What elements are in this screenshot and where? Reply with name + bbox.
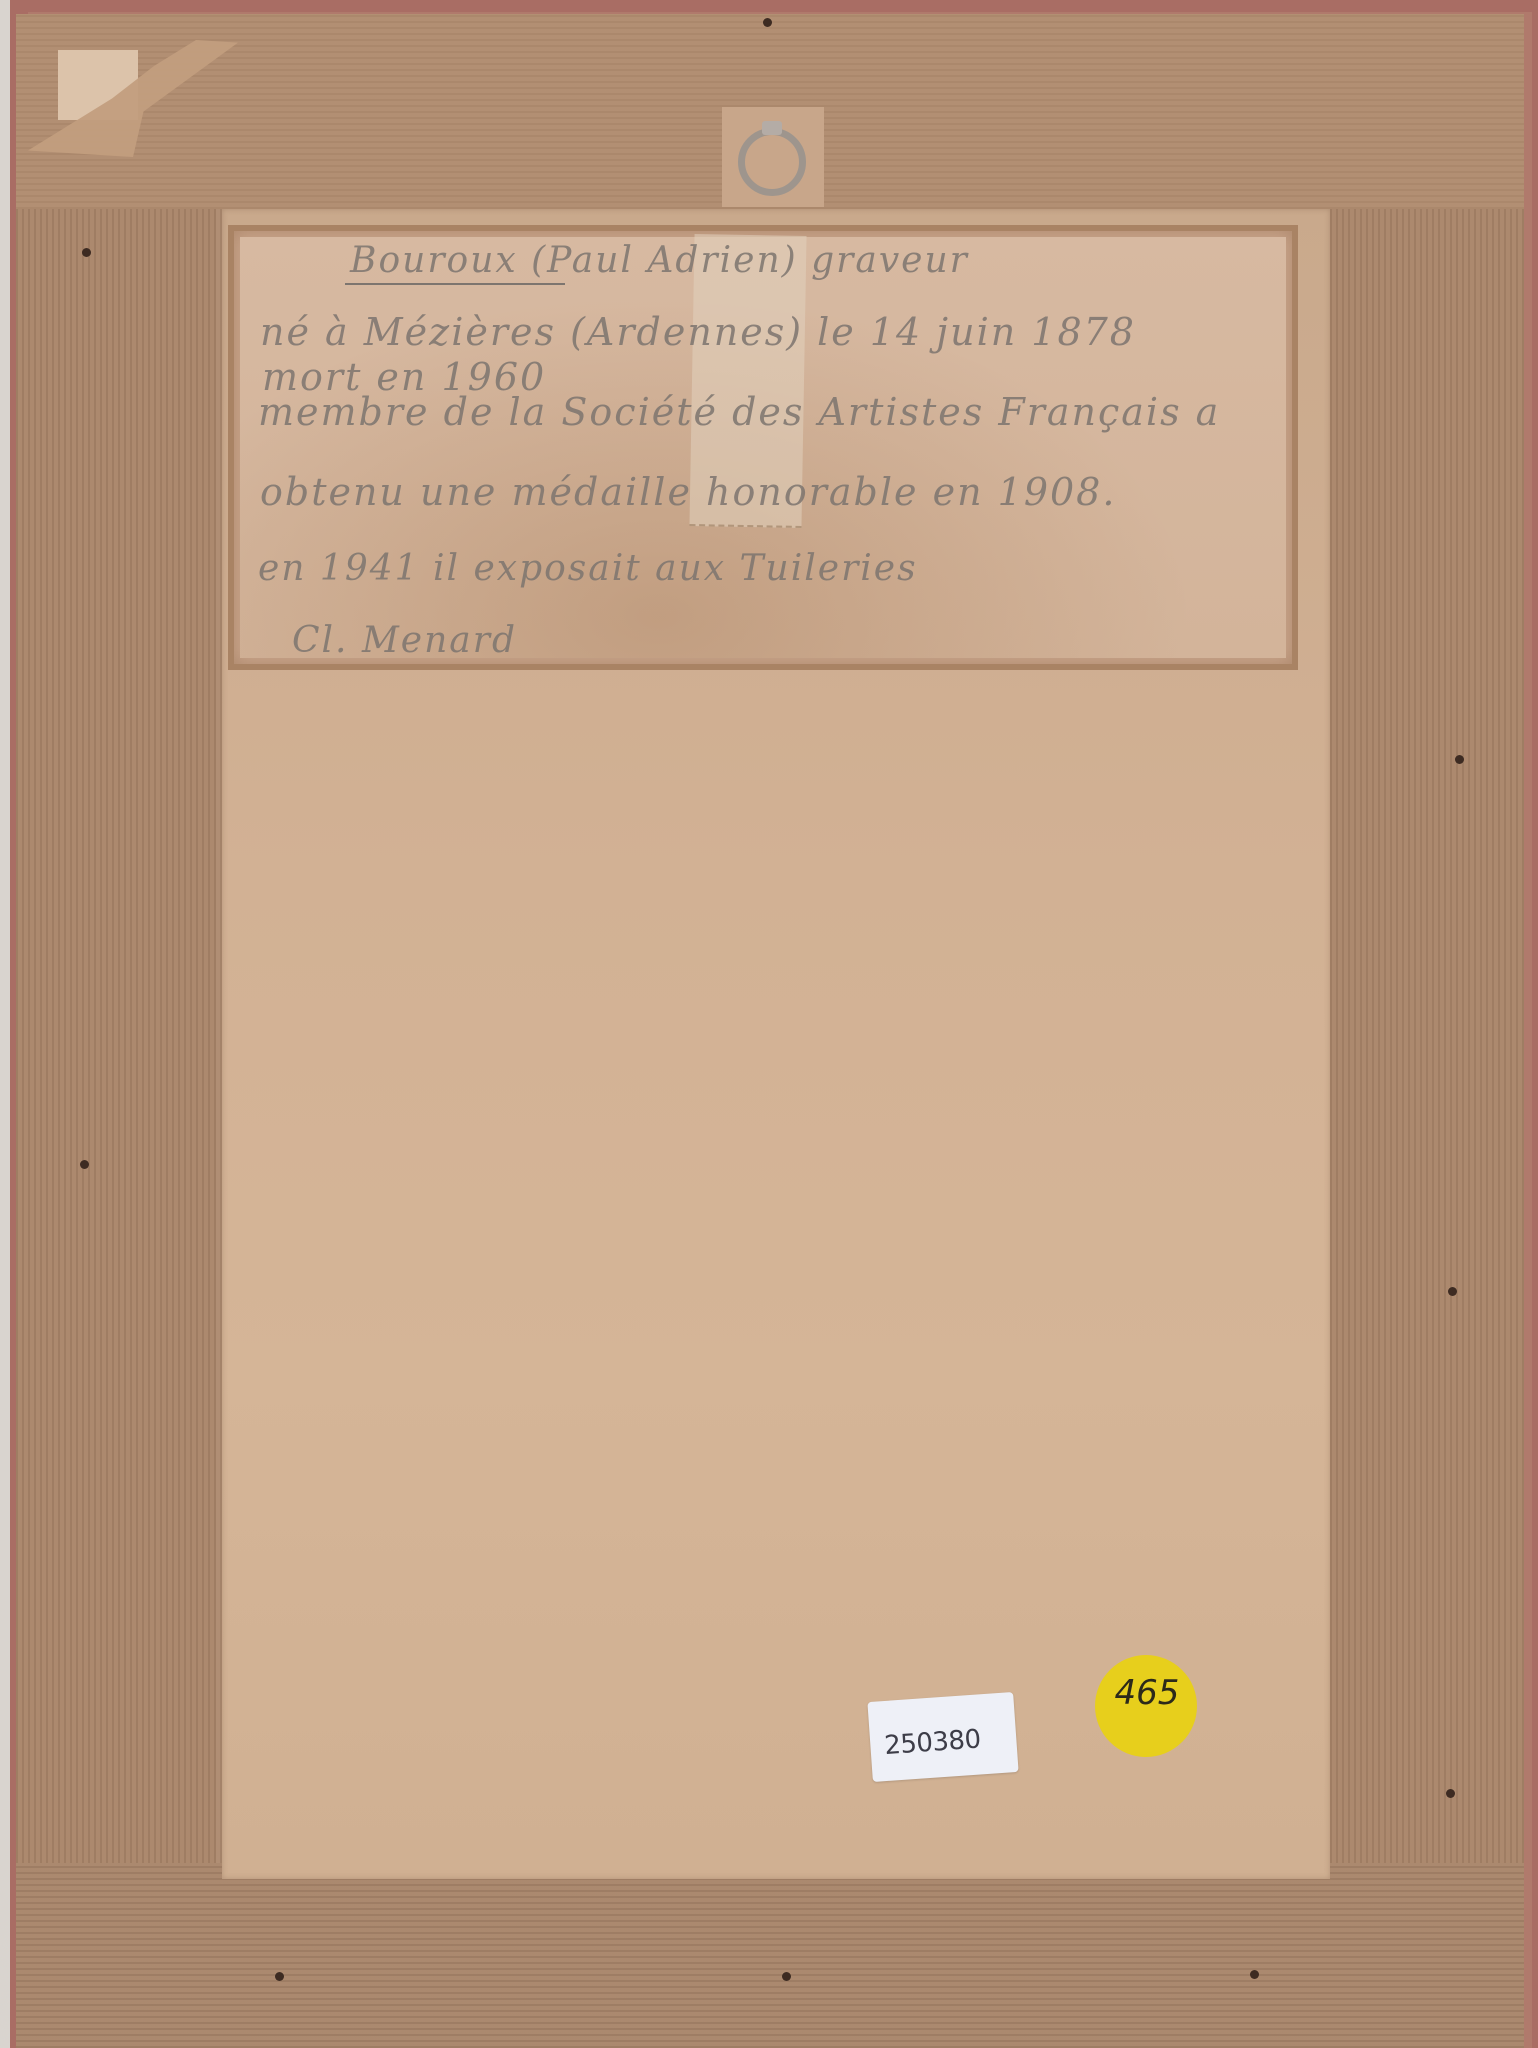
nail-icon bbox=[763, 18, 772, 27]
nail-icon bbox=[275, 1972, 284, 1981]
label-underline bbox=[345, 283, 565, 285]
nail-icon bbox=[80, 1160, 89, 1169]
hanger-clip bbox=[762, 121, 782, 135]
nail-icon bbox=[1455, 755, 1464, 764]
label-signature: Cl. Menard bbox=[292, 620, 517, 661]
label-medal: obtenu une médaille honorable en 1908. bbox=[260, 470, 1116, 514]
nail-icon bbox=[1446, 1789, 1455, 1798]
nail-icon bbox=[1250, 1970, 1259, 1979]
inventory-tag: 250380 bbox=[867, 1692, 1018, 1782]
lot-sticker: 465 bbox=[1095, 1655, 1197, 1757]
kraft-tape-bottom bbox=[16, 1863, 1524, 2048]
nail-icon bbox=[782, 1972, 791, 1981]
nail-icon bbox=[82, 248, 91, 257]
kraft-tape-left bbox=[16, 209, 216, 1879]
inventory-number: 250380 bbox=[883, 1724, 981, 1761]
kraft-tape-right bbox=[1324, 209, 1524, 1879]
label-exhibition: en 1941 il exposait aux Tuileries bbox=[258, 548, 918, 589]
nail-icon bbox=[1448, 1287, 1457, 1296]
label-birth: né à Mézières (Ardennes) le 14 juin 1878 bbox=[260, 310, 1136, 354]
lot-number: 465 bbox=[1107, 1673, 1187, 1713]
hanging-ring-icon bbox=[738, 128, 806, 196]
label-artist-name: Bouroux (Paul Adrien) graveur bbox=[350, 240, 969, 281]
label-membership: membre de la Société des Artistes França… bbox=[258, 390, 1220, 434]
